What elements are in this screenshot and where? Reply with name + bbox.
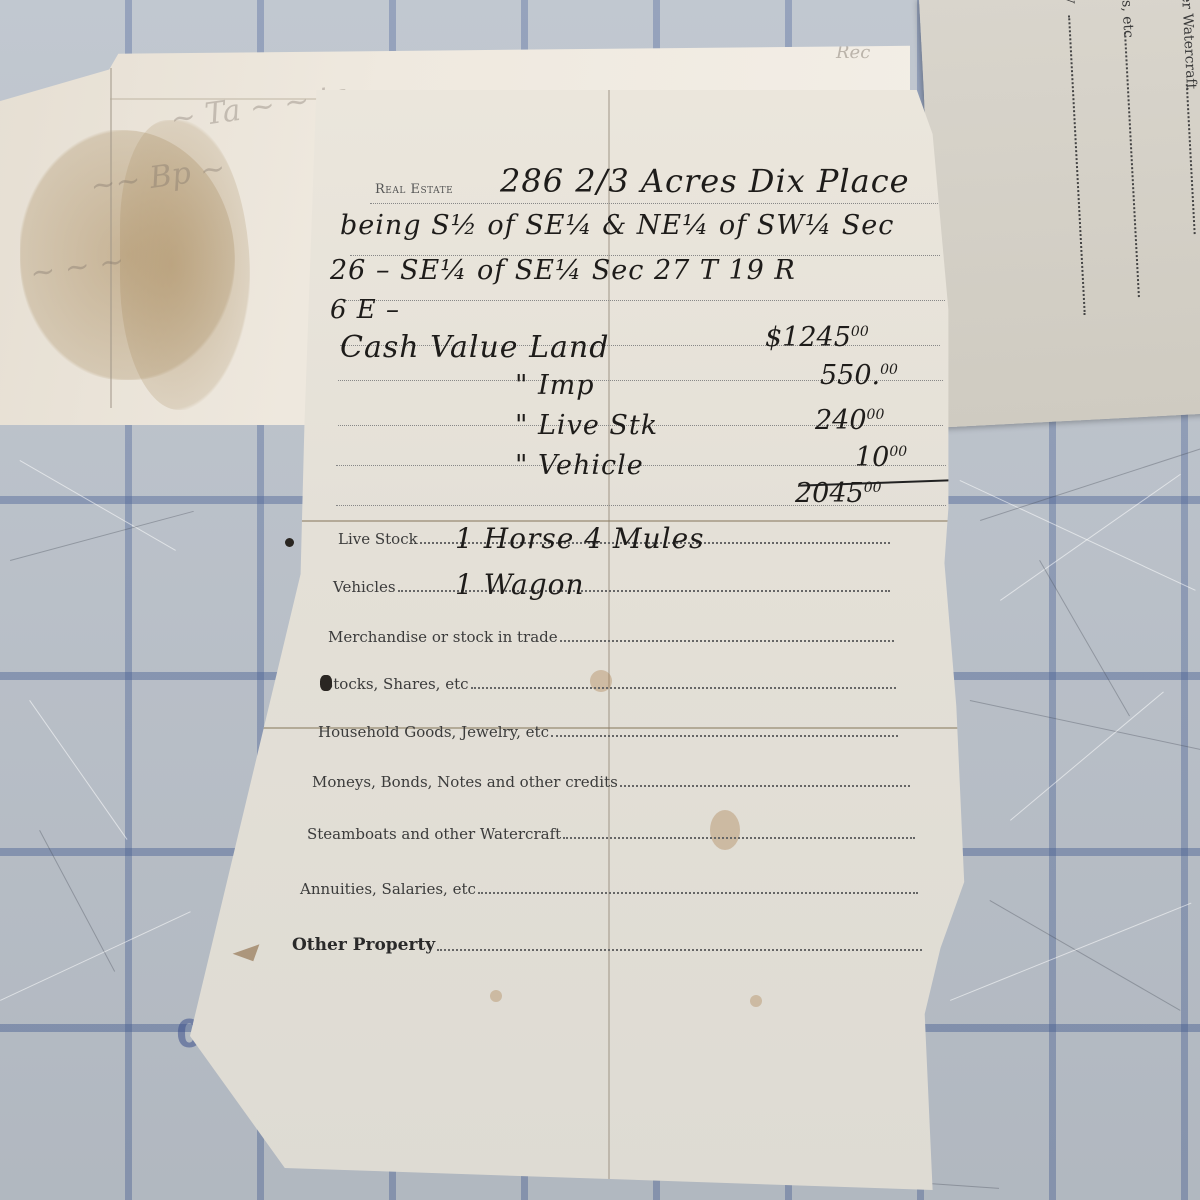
form-row-label: Vehicles xyxy=(333,578,396,596)
form-row-annuities: Annuities, Salaries, etc xyxy=(300,880,918,898)
foxing-spot xyxy=(750,995,762,1007)
real-estate-description-line-2: being S½ of SE¼ & NE¼ of SW¼ Sec xyxy=(340,210,894,241)
form-row-merchandise: Merchandise or stock in trade xyxy=(328,628,894,646)
form-row-value: 1 Horse 4 Mules xyxy=(455,522,705,555)
real-estate-description-line-4: 6 E – xyxy=(330,295,400,325)
form-row-label: Merchandise or stock in trade xyxy=(328,628,558,646)
valuation-item: " Vehicle xyxy=(515,450,644,481)
form-row-value: 1 Wagon xyxy=(455,568,585,601)
foxing-spot xyxy=(490,990,502,1002)
valuation-amount: 550.00 xyxy=(820,360,898,391)
form-row-stocks-shares: Stocks, Shares, etc xyxy=(323,675,896,693)
form-row-label: Household Goods, Jewelry, etc xyxy=(318,723,549,741)
valuation-amount: 1000 xyxy=(855,442,907,473)
form-row-other-property: Other Property xyxy=(292,935,922,955)
real-estate-description-line-3: 26 – SE¼ of SE¼ Sec 27 T 19 R xyxy=(330,255,796,286)
valuation-total: 204500 xyxy=(795,478,882,509)
ink-blot xyxy=(320,675,332,691)
form-row-vehicles: Vehicles xyxy=(333,578,890,596)
form-row-label: Annuities, Salaries, etc xyxy=(300,880,476,898)
form-row-steamboats: Steamboats and other Watercraft xyxy=(307,825,915,843)
valuation-item: " Live Stk xyxy=(515,410,658,441)
form-row-label: Stocks, Shares, etc xyxy=(323,675,469,693)
form-row-label: Moneys, Bonds, Notes and other credits xyxy=(312,773,618,791)
form-row-moneys-bonds: Moneys, Bonds, Notes and other credits xyxy=(312,773,910,791)
form-row-label: Live Stock xyxy=(338,530,418,548)
valuation-item: Cash Value Land xyxy=(340,330,609,365)
side-form-fragment: er Watercraft ies, etc ty xyxy=(919,0,1200,428)
form-row-label: Steamboats and other Watercraft xyxy=(307,825,561,843)
valuation-item: " Imp xyxy=(515,370,595,401)
real-estate-description-line-1: 286 2/3 Acres Dix Place xyxy=(500,162,910,200)
side-form-text: er Watercraft xyxy=(1178,0,1199,90)
ink-blot xyxy=(285,538,294,547)
letter-fold-crease xyxy=(110,68,112,408)
form-row-household-goods: Household Goods, Jewelry, etc xyxy=(318,723,898,741)
valuation-amount: $124500 xyxy=(765,322,869,353)
real-estate-label: Real Estate xyxy=(375,182,453,197)
side-form-text: ty xyxy=(1063,0,1080,4)
valuation-amount: 24000 xyxy=(815,405,884,436)
form-row-label: Other Property xyxy=(292,935,435,955)
real-estate-label-row: Real Estate xyxy=(375,182,453,197)
